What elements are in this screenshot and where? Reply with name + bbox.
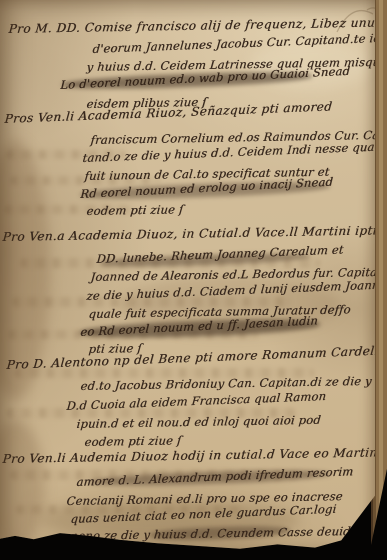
manuscript-line: D.d Cuoia ala eidem Francisca qual Ramon xyxy=(66,389,327,413)
manuscript-line: Pro Ven.a Academia Diuoz, in Cutial.d Va… xyxy=(2,223,375,244)
manuscript-line: nono ze die y huius d.d. Ceundem Casse d… xyxy=(70,524,366,543)
manuscript-page: Pro M. DD. Comise francisco alij de freq… xyxy=(0,0,375,560)
manuscript-line: DD. lunebe. Rheum Joanneg Carealum et xyxy=(96,242,344,266)
manuscript-line: Pro D. Alentono np del Bene pti amore Ro… xyxy=(6,343,375,372)
manuscript-line: eodem pti ziue ſ xyxy=(84,433,182,449)
pencil-squiggle xyxy=(333,2,375,38)
manuscript-line: eodem pti ziue ſ xyxy=(86,202,184,218)
paper-stain xyxy=(0,420,45,550)
photo-of-manuscript: Pro M. DD. Comise francisco alij de freq… xyxy=(0,0,387,560)
manuscript-line: ed.to Jacobus Bridoniuy Can. Capitan.di … xyxy=(80,373,375,393)
manuscript-line: ipuin.d et eil nou.d ed inloj quoi aioi … xyxy=(76,413,322,431)
manuscript-line: amore d. L. Alexandrum podi ifredum reso… xyxy=(76,464,354,489)
manuscript-line: Pro Ven.li Audemia Diuoz hodij in cutial… xyxy=(2,445,375,466)
